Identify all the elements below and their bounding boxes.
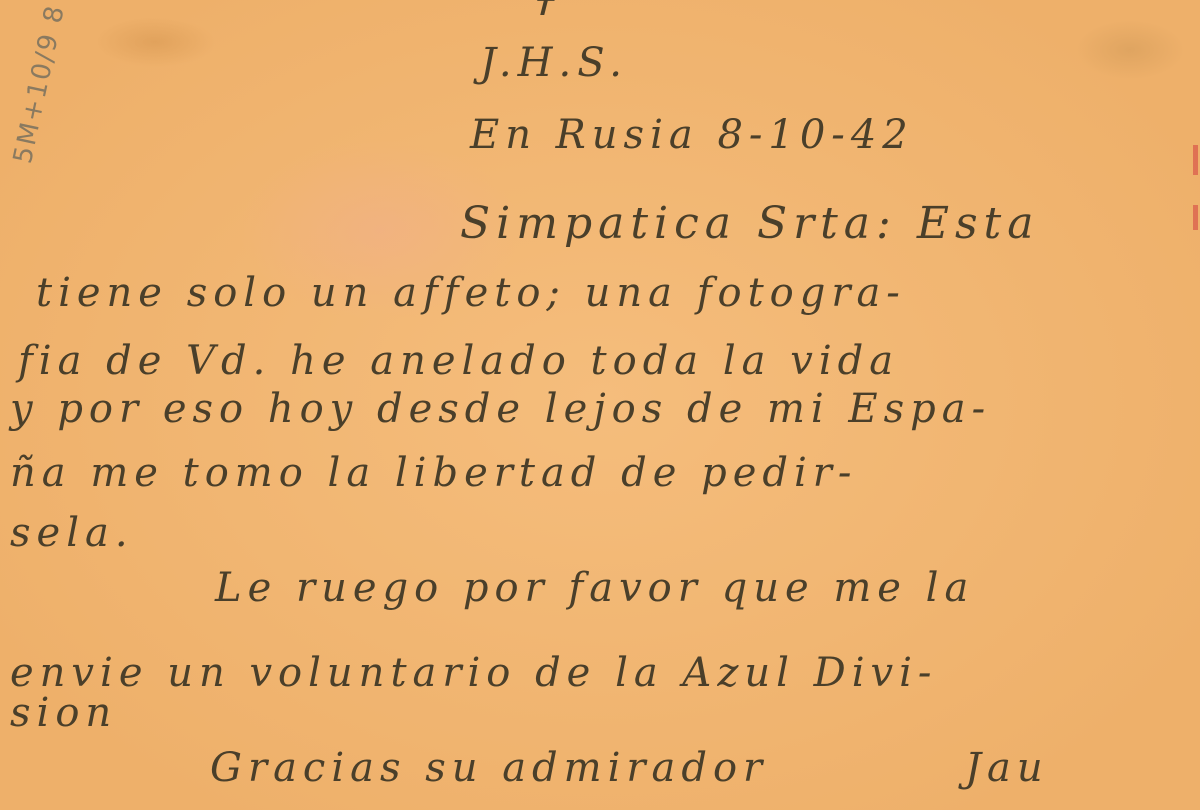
body-line-1: tiene solo un affeto; una fotogra- [36, 270, 906, 316]
body-line-7: envie un voluntario de la Azul Divi- [10, 650, 937, 696]
letter-page: ✝ J.H.S. En Rusia 8-10-42 5M+10/9 8 Simp… [0, 0, 1200, 810]
closing: Gracias su admirador [210, 745, 768, 791]
body-line-3: y por eso hoy desde lejos de mi Espa- [10, 386, 991, 432]
margin-pencil-note: 5M+10/9 8 [8, 2, 71, 167]
salutation: Simpatica Srta: Esta [460, 198, 1039, 249]
monogram: J.H.S. [480, 40, 628, 86]
body-line-4: ña me tomo la libertad de pedir- [10, 450, 857, 496]
place-date: En Rusia 8-10-42 [470, 112, 914, 158]
red-edge-mark [1193, 205, 1198, 230]
red-edge-mark [1193, 145, 1198, 175]
body-line-5: sela. [10, 510, 134, 556]
cross-symbol: ✝ [528, 0, 557, 24]
body-line-8: sion [10, 690, 117, 736]
body-line-6: Le ruego por favor que me la [215, 565, 974, 611]
body-line-2: fia de Vd. he anelado toda la vida [18, 338, 899, 384]
signature: Jau [965, 745, 1049, 791]
